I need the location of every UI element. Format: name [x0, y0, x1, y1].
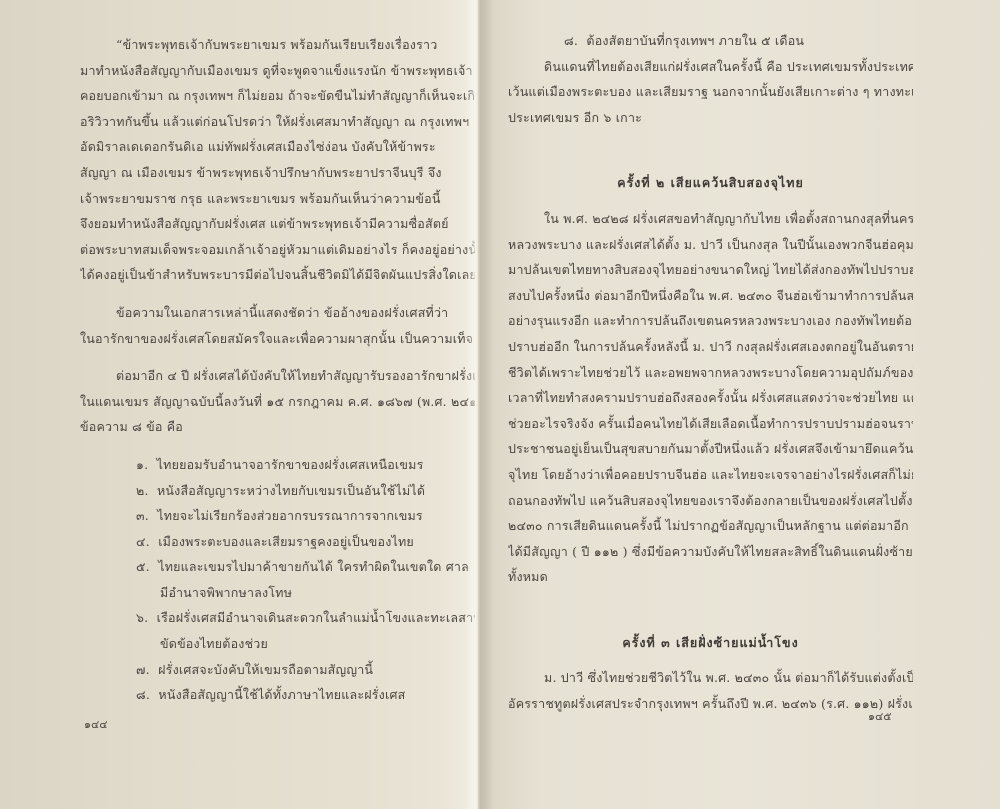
list-item: ๕. ไทยและเขมรไปมาค้าขายกันได้ ใครทำผิดใน… [80, 554, 475, 580]
left-page: “ข้าพระพุทธเจ้ากับพระยาเขมร พร้อมกันเรีย… [0, 0, 478, 809]
text-line: ประเทศเขมร อีก ๖ เกาะ [508, 105, 913, 131]
text-line: ปราบฮ่ออีก ในการปล้นครั้งหลังนี้ ม. ปาวี… [508, 334, 913, 360]
text-line: ดินแดนที่ไทยต้องเสียแก่ฝรั่งเศสในครั้งนี… [508, 54, 913, 80]
section-body: ใน พ.ศ. ๒๔๒๘ ฝรั่งเศสขอทำสัญญากับไทย เพื… [508, 206, 913, 590]
territory-paragraph: ดินแดนที่ไทยต้องเสียแก่ฝรั่งเศสในครั้งนี… [508, 54, 913, 131]
list-number: ๘. [136, 687, 150, 702]
list-item: ๖. เรือฝรั่งเศสมีอำนาจเดินสะดวกในลำแม่น้… [80, 605, 475, 631]
text-line: มาทำหนังสือสัญญากับเมืองเขมร ดูที่จะพูดจ… [80, 58, 475, 84]
list-item-continuation: มีอำนาจพิพากษาลงโทษ [80, 580, 475, 606]
treaty-clause-list: ๑. ไทยยอมรับอำนาจอารักขาของฝรั่งเศสเหนือ… [80, 452, 475, 708]
text-line: ทั้งหมด [508, 564, 913, 590]
list-item: ๗. ฝรั่งเศสจะบังคับให้เขมรถือตามสัญญานี้ [80, 657, 475, 683]
list-item: ๘. หนังสือสัญญานี้ใช้ได้ทั้งภาษาไทยและฝร… [80, 682, 475, 708]
text-line: ถอนกองทัพไป แคว้นสิบสองจุไทยของเราจึงต้อ… [508, 488, 913, 514]
list-text: ไทยและเขมรไปมาค้าขายกันได้ ใครทำผิดในเขต… [158, 559, 469, 574]
page-number-right: ๑๔๕ [868, 707, 892, 725]
text-line: อย่างรุนแรงอีก และทำการปล้นถึงเขตนครหลวง… [508, 308, 913, 334]
text-line: สงบไปครั้งหนึ่ง ต่อมาอีกปีหนึ่งคือใน พ.ศ… [508, 283, 913, 309]
list-text: เรือฝรั่งเศสมีอำนาจเดินสะดวกในลำแม่น้ำโข… [157, 610, 475, 625]
section-spacer [508, 590, 913, 612]
text-line: เวลาที่ไทยทำสงครามปราบฮ่อถึงสองครั้งนั้น… [508, 385, 913, 411]
text-line: เจ้าพระยาขมราช กรุธ และพระยาเขมร พร้อมกั… [80, 186, 475, 212]
list-number: ๒. [136, 483, 149, 498]
quote-paragraph: “ข้าพระพุทธเจ้ากับพระยาเขมร พร้อมกันเรีย… [80, 32, 475, 288]
text-line: จุไทย โดยอ้างว่าเพื่อคอยปราบจีนฮ่อ และไท… [508, 462, 913, 488]
text-line: ได้คงอยู่เป็นข้าสำหรับพระบารมีต่อไปจนสิ้… [80, 262, 475, 288]
list-text: ฝรั่งเศสจะบังคับให้เขมรถือตามสัญญานี้ [158, 662, 373, 677]
list-number: ๓. [136, 508, 149, 523]
list-number: ๑. [136, 457, 148, 472]
text-line: ในอารักขาของฝรั่งเศสโดยสมัครใจและเพื่อคว… [80, 326, 475, 352]
list-item: ๒. หนังสือสัญญาระหว่างไทยกับเขมรเป็นอันใ… [80, 478, 475, 504]
paragraph-spacer [80, 351, 475, 363]
text-line: สัญญา ณ เมืองเขมร ข้าพระพุทธเจ้าปรึกษากั… [80, 160, 475, 186]
left-page-body: “ข้าพระพุทธเจ้ากับพระยาเขมร พร้อมกันเรีย… [80, 32, 475, 708]
list-number: ๔. [136, 534, 150, 549]
text-line: เว้นแต่เมืองพระตะบอง และเสียมราฐ นอกจากน… [508, 79, 913, 105]
list-text: หนังสือสัญญาระหว่างไทยกับเขมรเป็นอันใช้ไ… [157, 483, 425, 498]
list-item: ๓. ไทยจะไม่เรียกร้องส่วยอากรบรรณาการจากเ… [80, 503, 475, 529]
list-number: ๕. [136, 559, 150, 574]
text-line: ใน พ.ศ. ๒๔๒๘ ฝรั่งเศสขอทำสัญญากับไทย เพื… [508, 206, 913, 232]
paragraph-spacer [80, 440, 475, 452]
text-line: ในแดนเขมร สัญญาฉบับนี้ลงวันที่ ๑๕ กรกฎาค… [80, 389, 475, 415]
text-line: อริวิวาทกันขึ้น แล้วแต่ก่อนโปรดว่า ให้ฝร… [80, 109, 475, 135]
list-text: หนังสือสัญญานี้ใช้ได้ทั้งภาษาไทยและฝรั่ง… [158, 687, 405, 702]
text-line: ๒๔๓๐ การเสียดินแดนครั้งนี้ ไม่ปรากฏข้อสั… [508, 513, 913, 539]
text-line: มาปล้นเขตไทยทางสิบสองจุไทยอย่างขนาดใหญ่ … [508, 257, 913, 283]
list-number: ๖. [136, 610, 148, 625]
text-line: ข้อความในเอกสารเหล่านี้แสดงชัดว่า ข้ออ้า… [80, 300, 475, 326]
list-item-continuation: ขัดข้องไทยต้องช่วย [80, 631, 475, 657]
text-line: หลวงพระบาง และฝรั่งเศสได้ตั้ง ม. ปาวี เป… [508, 232, 913, 258]
text-line: ชีวิตได้เพราะไทยช่วยไว้ และอพยพจากหลวงพร… [508, 360, 913, 386]
text-line: “ข้าพระพุทธเจ้ากับพระยาเขมร พร้อมกันเรีย… [80, 32, 475, 58]
paragraph-spacer [80, 288, 475, 300]
section-spacer [508, 130, 913, 152]
text-line: อัครราชทูตฝรั่งเศสประจำกรุงเทพฯ ครั้นถึง… [508, 691, 913, 717]
list-item: ๘. ต้องสัตยาบันที่กรุงเทพฯ ภายใน ๕ เดือน [508, 28, 913, 54]
list-text: เมืองพระตะบองและเสียมราฐคงอยู่เป็นของไทย [158, 534, 414, 549]
page-number-left: ๑๔๔ [84, 715, 108, 733]
list-item: ๔. เมืองพระตะบองและเสียมราฐคงอยู่เป็นของ… [80, 529, 475, 555]
treaty-paragraph: ต่อมาอีก ๔ ปี ฝรั่งเศสได้บังคับให้ไทยทำส… [80, 363, 475, 440]
section-body: ม. ปาวี ซึ่งไทยช่วยชีวิตไว้ใน พ.ศ. ๒๔๓๐ … [508, 665, 913, 716]
text-line: ประชาชนอยู่เย็นเป็นสุขสบายกันมาตั้งปีหนึ… [508, 436, 913, 462]
text-line: อัดมิราลเดเดอกรันดิเอ แม่ทัพฝรั่งเศสเมือ… [80, 134, 475, 160]
text-line: ช่วยอะไรจริงจัง ครั้นเมื่อคนไทยได้เสียเล… [508, 411, 913, 437]
right-page-body: ๘. ต้องสัตยาบันที่กรุงเทพฯ ภายใน ๕ เดือน… [508, 28, 913, 717]
section-heading: ครั้งที่ ๒ เสียแคว้นสิบสองจุไทย [508, 170, 913, 196]
list-text: ไทยยอมรับอำนาจอารักขาของฝรั่งเศสเหนือเขม… [157, 457, 424, 472]
text-line: ม. ปาวี ซึ่งไทยช่วยชีวิตไว้ใน พ.ศ. ๒๔๓๐ … [508, 665, 913, 691]
text-line: คอยบอกเข้ามา ณ กรุงเทพฯ ก็ไม่ยอม ถ้าจะขั… [80, 83, 475, 109]
list-item: ๑. ไทยยอมรับอำนาจอารักขาของฝรั่งเศสเหนือ… [80, 452, 475, 478]
list-number: ๗. [136, 662, 150, 677]
list-number: ๘. [564, 33, 578, 48]
text-line: จึงยอมทำหนังสือสัญญากับฝรั่งเศส แต่ข้าพร… [80, 211, 475, 237]
open-book-spread: “ข้าพระพุทธเจ้ากับพระยาเขมร พร้อมกันเรีย… [0, 0, 1000, 809]
section-heading: ครั้งที่ ๓ เสียฝั่งซ้ายแม่น้ำโขง [508, 630, 913, 656]
text-line: ได้มีสัญญา ( ปี ๑๑๒ ) ซึ่งมีข้อความบังคั… [508, 539, 913, 565]
text-line: ต่อมาอีก ๔ ปี ฝรั่งเศสได้บังคับให้ไทยทำส… [80, 363, 475, 389]
list-text: ไทยจะไม่เรียกร้องส่วยอากรบรรณาการจากเขมร [157, 508, 423, 523]
list-text: ต้องสัตยาบันที่กรุงเทพฯ ภายใน ๕ เดือน [586, 33, 804, 48]
text-line: ข้อความ ๘ ข้อ คือ [80, 414, 475, 440]
text-line: ต่อพระบาทสมเด็จพระจอมเกล้าเจ้าอยู่หัวมาแ… [80, 237, 475, 263]
analysis-paragraph: ข้อความในเอกสารเหล่านี้แสดงชัดว่า ข้ออ้า… [80, 300, 475, 351]
